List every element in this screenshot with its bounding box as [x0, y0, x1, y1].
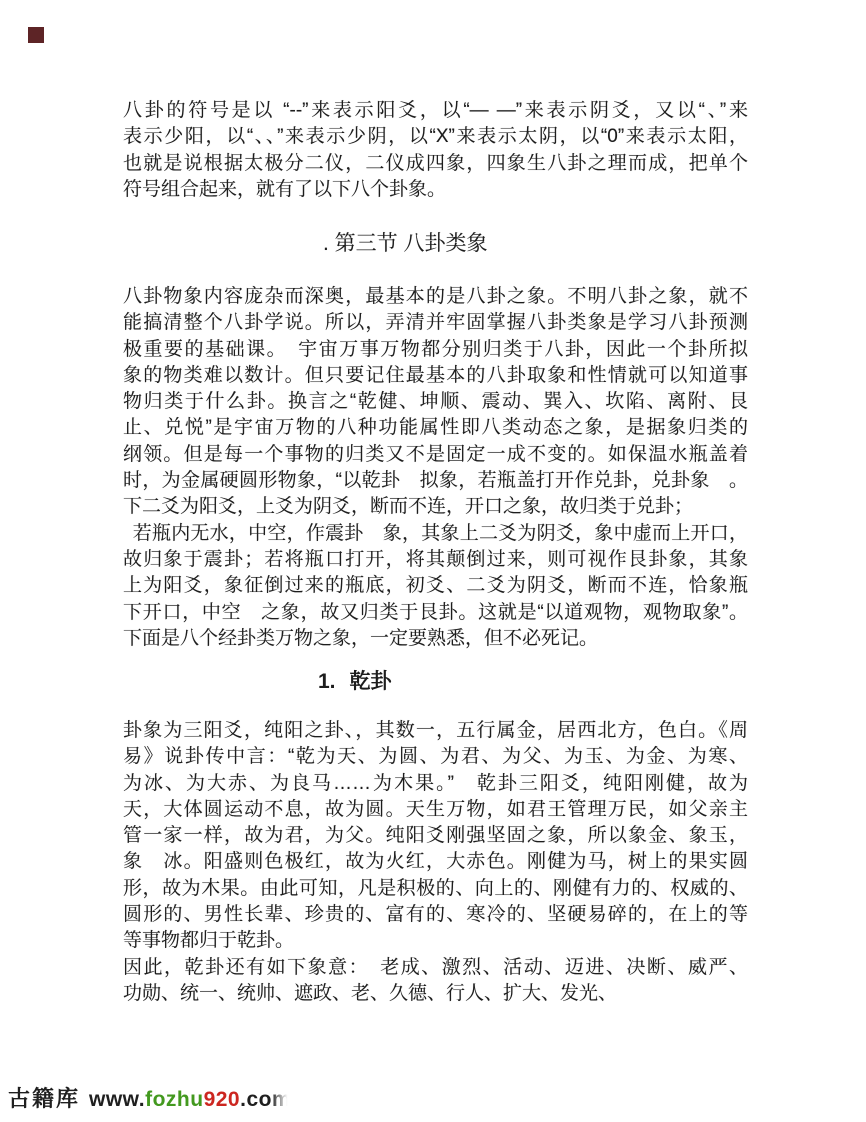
text-line: 符号组合起来，就有了以下八个卦象。	[123, 177, 748, 203]
text-line: 物归类于什么卦。换言之“乾健、坤顺、震动、巽入、坎陷、离附、艮	[123, 389, 748, 415]
watermark-fade-overlay	[271, 1080, 293, 1110]
text-line: 若瓶内无水，中空，作震卦 象，其象上二爻为阴爻，象中虚而上开口，	[123, 521, 748, 547]
text-line: 等事物都归于乾卦。	[123, 928, 748, 954]
text-line: 圆形的、男性长辈、珍贵的、富有的、寒冷的、坚硬易碎的，在上的等	[123, 902, 748, 928]
text-line: 为冰、为大赤、为良马……为木果。” 乾卦三阳爻，纯阳刚健，故为	[123, 771, 748, 797]
text-line: 下开口，中空 之象，故又归类于艮卦。这就是“以道观物，观物取象”。	[123, 600, 748, 626]
watermark-site-name: 古籍库	[8, 1086, 80, 1111]
text-line: 象的物类难以数计。但只要记住最基本的八卦取象和性情就可以知道事	[123, 363, 748, 389]
text-line: 时，为金属硬圆形物象，“以乾卦 拟象，若瓶盖打开作兑卦，兑卦象 。	[123, 468, 748, 494]
text-line: 纲领。但是每一个事物的归类又不是固定一成不变的。如保温水瓶盖着	[123, 442, 748, 468]
text-line: 八卦物象内容庞杂而深奥，最基本的是八卦之象。不明八卦之象，就不	[123, 284, 748, 310]
paragraph-bagua-categories: 八卦物象内容庞杂而深奥，最基本的是八卦之象。不明八卦之象，就不能搞清整个八卦学说…	[123, 284, 748, 652]
text-line: 极重要的基础课。 宇宙万事万物都分别归类于八卦，因此一个卦所拟	[123, 337, 748, 363]
text-line: 天，大体圆运动不息，故为圆。天生万物，如君王管理万民，如父亲主	[123, 797, 748, 823]
text-line: 下二爻为阳爻，上爻为阴爻，断而不连，开口之象，故归类于兑卦；	[123, 494, 748, 520]
text-line: 象 冰。阳盛则色极红，故为火红，大赤色。刚健为马，树上的果实圆	[123, 849, 748, 875]
text-line: 也就是说根据太极分二仪，二仪成四象，四象生八卦之理而成，把单个	[123, 151, 748, 177]
scanned-book-page: 八卦的符号是以 “--”来表示阳爻，以“— —”来表示阴爻，又以“、”来表示少阳…	[0, 0, 866, 1122]
text-line: 形，故为木果。由此可知，凡是积极的、向上的、刚健有力的、权威的、	[123, 876, 748, 902]
text-line: 易》说卦传中言：“乾为天、为圆、为君、为父、为玉、为金、为寒、	[123, 744, 748, 770]
text-line: 下面是八个经卦类万物之象，一定要熟悉，但不必死记。	[123, 626, 748, 652]
watermark: 古籍库www.fozhu920.com	[8, 1082, 291, 1113]
paragraph-qian-gua: 卦象为三阳爻，纯阳之卦、，其数一，五行属金，居西北方，色白。《周易》说卦传中言：…	[123, 718, 748, 1007]
watermark-url-www: www.	[89, 1088, 145, 1111]
text-line: 因此，乾卦还有如下象意： 老成、激烈、活动、迈进、决断、威严、	[123, 955, 748, 981]
subsection-number: 1.	[318, 670, 336, 693]
text-line: 表示少阳，以“、、”来表示少阴，以“X”来表示太阴，以“0”来表示太阳，	[123, 124, 748, 150]
subsection-heading: 1.乾卦	[123, 668, 748, 695]
text-line: 能搞清整个八卦学说。所以，弄清并牢固掌握八卦类象是学习八卦预测	[123, 310, 748, 336]
text-line: 八卦的符号是以 “--”来表示阳爻，以“— —”来表示阴爻，又以“、”来	[123, 98, 748, 124]
subsection-title: 乾卦	[350, 670, 392, 693]
watermark-url-fozhu: fozhu	[145, 1088, 203, 1111]
paragraph-bagua-symbols: 八卦的符号是以 “--”来表示阳爻，以“— —”来表示阴爻，又以“、”来表示少阳…	[123, 98, 748, 203]
corner-mark	[28, 27, 44, 43]
watermark-url-920: 920	[204, 1088, 241, 1111]
text-line: 止、兑悦”是宇宙万物的八种功能属性即八类动态之象，是据象归类的	[123, 415, 748, 441]
text-line: 卦象为三阳爻，纯阳之卦、，其数一，五行属金，居西北方，色白。《周	[123, 718, 748, 744]
text-line: 管一家一样，故为君，为父。纯阳爻刚强坚固之象，所以象金、象玉，	[123, 823, 748, 849]
section-heading: . 第三节 八卦类象	[123, 231, 748, 257]
text-line: 故归象于震卦；若将瓶口打开，将其颠倒过来，则可视作艮卦象，其象	[123, 547, 748, 573]
text-line: 功勋、统一、统帅、遮政、老、久德、行人、扩大、发光、	[123, 981, 748, 1007]
text-line: 上为阳爻，象征倒过来的瓶底，初爻、二爻为阴爻，断而不连，恰象瓶	[123, 573, 748, 599]
